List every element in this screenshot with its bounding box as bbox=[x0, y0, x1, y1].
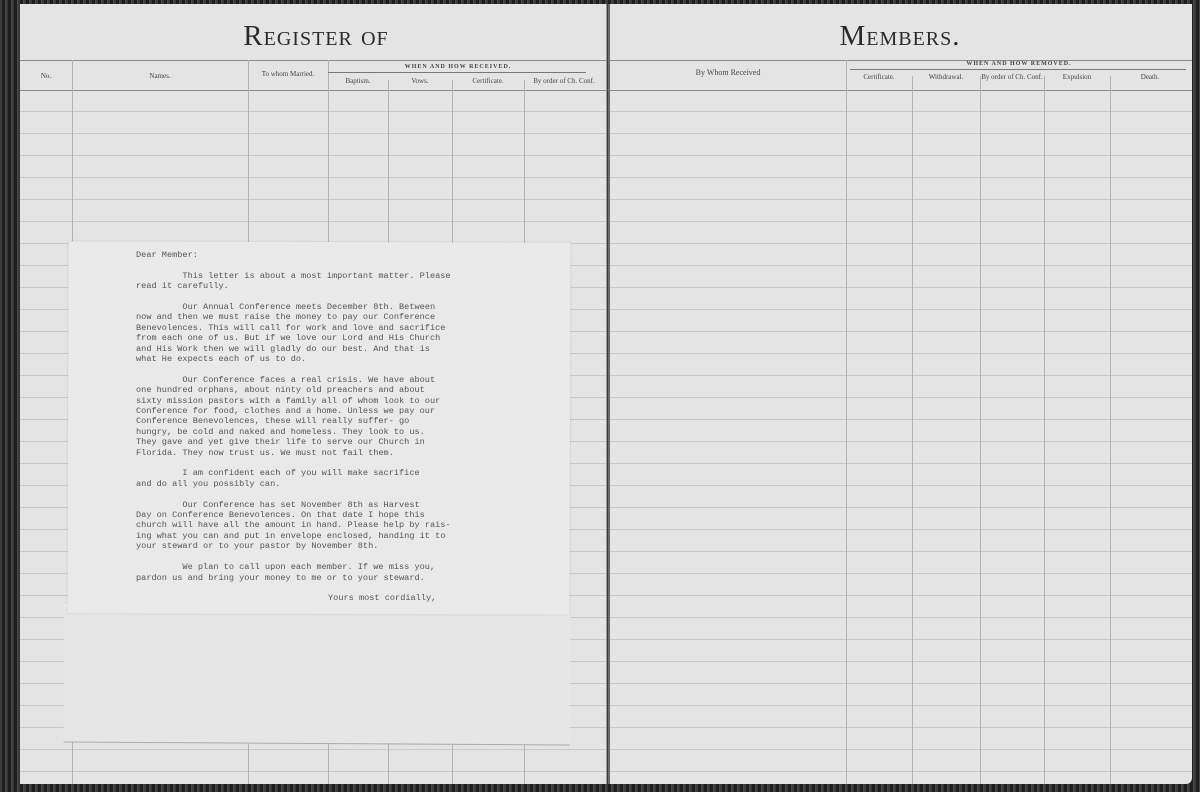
column-header-expulsion: Expulsion bbox=[1044, 73, 1110, 81]
letter-closing: Yours most cordially, bbox=[136, 593, 516, 603]
page-title-left: Register of bbox=[196, 20, 436, 53]
right-ledger-page: Members. By Whom Received WHEN AND HOW R… bbox=[608, 4, 1192, 784]
group-header-rule bbox=[850, 69, 1186, 70]
column-header-to-whom-married: To whom Married. bbox=[248, 70, 328, 78]
column-header-withdrawal: Withdrawal. bbox=[912, 73, 980, 81]
header-bottom-rule bbox=[20, 90, 606, 91]
column-divider bbox=[1110, 76, 1111, 784]
group-header-removed: WHEN AND HOW REMOVED. bbox=[846, 61, 1192, 67]
letter-salutation: Dear Member: bbox=[136, 250, 516, 260]
header-top-rule bbox=[20, 60, 606, 61]
letter-body: Dear Member: This letter is about a most… bbox=[136, 250, 516, 614]
column-header-vows: Vows. bbox=[388, 77, 452, 85]
column-header-baptism: Baptism. bbox=[328, 77, 388, 85]
column-header-by-order: By order of Ch. Conf. bbox=[524, 77, 604, 85]
column-header-names: Names. bbox=[72, 72, 248, 80]
column-header-by-whom-received: By Whom Received bbox=[610, 68, 846, 77]
envelope bbox=[64, 604, 571, 745]
column-divider bbox=[1044, 76, 1045, 784]
column-header-certificate: Certificate. bbox=[452, 77, 524, 85]
column-header-no: No. bbox=[20, 72, 72, 80]
page-title-right: Members. bbox=[780, 20, 1020, 53]
group-header-rule bbox=[328, 72, 586, 73]
ruled-lines bbox=[610, 90, 1192, 784]
letter-paragraph: We plan to call upon each member. If we … bbox=[136, 562, 516, 583]
column-header-by-order: By order of Ch. Conf. bbox=[980, 73, 1044, 81]
group-header-received: WHEN AND HOW RECEIVED. bbox=[328, 64, 588, 70]
letter-paragraph: Our Conference faces a real crisis. We h… bbox=[136, 375, 516, 458]
column-divider bbox=[980, 76, 981, 784]
column-divider bbox=[912, 76, 913, 784]
header-bottom-rule bbox=[610, 90, 1192, 91]
letter-paragraph: Our Annual Conference meets December 8th… bbox=[136, 302, 516, 364]
letter-paragraph: This letter is about a most important ma… bbox=[136, 271, 516, 292]
column-header-certificate: Certificate. bbox=[846, 73, 912, 81]
letter-paragraph: Our Conference has set November 8th as H… bbox=[136, 500, 516, 552]
column-divider bbox=[846, 60, 847, 784]
letter-paragraph: I am confident each of you will make sac… bbox=[136, 468, 516, 489]
column-header-death: Death. bbox=[1110, 73, 1190, 81]
